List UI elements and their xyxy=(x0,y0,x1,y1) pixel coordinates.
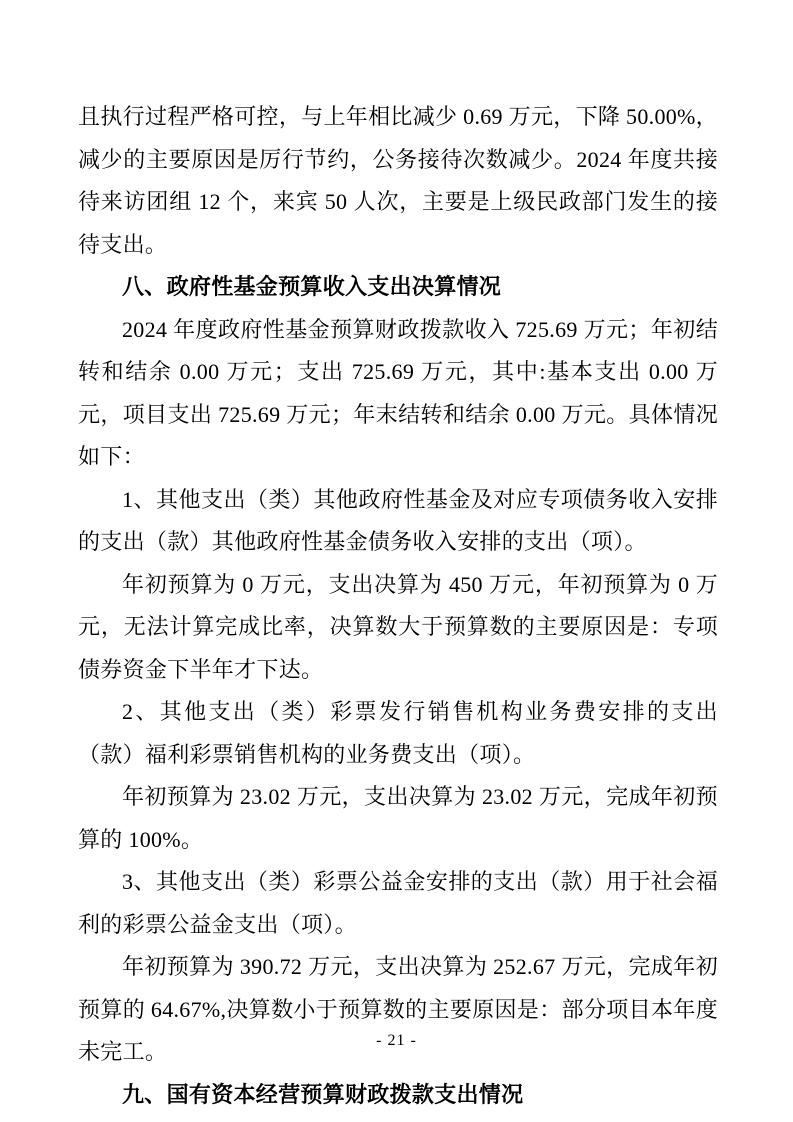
section-heading-government-fund-budget: 八、政府性基金预算收入支出决算情况 xyxy=(78,266,718,309)
document-body: 且执行过程严格可控，与上年相比减少 0.69 万元，下降 50.00%，减少的主… xyxy=(78,96,718,1116)
paragraph-item-2-title: 2、其他支出（类）彩票发行销售机构业务费安排的支出（款）福利彩票销售机构的业务费… xyxy=(78,691,718,776)
section-heading-state-capital-budget: 九、国有资本经营预算财政拨款支出情况 xyxy=(78,1074,718,1117)
paragraph-item-1-detail: 年初预算为 0 万元，支出决算为 450 万元，年初预算为 0 万元，无法计算完… xyxy=(78,564,718,692)
paragraph-item-2-detail: 年初预算为 23.02 万元，支出决算为 23.02 万元，完成年初预算的 10… xyxy=(78,776,718,861)
document-page: 且执行过程严格可控，与上年相比减少 0.69 万元，下降 50.00%，减少的主… xyxy=(0,0,793,1122)
page-number: - 21 - xyxy=(0,1032,793,1050)
paragraph-item-3-detail: 年初预算为 390.72 万元，支出决算为 252.67 万元，完成年初预算的 … xyxy=(78,946,718,1074)
paragraph-item-3-title: 3、其他支出（类）彩票公益金安排的支出（款）用于社会福利的彩票公益金支出（项）。 xyxy=(78,861,718,946)
paragraph-official-reception: 且执行过程严格可控，与上年相比减少 0.69 万元，下降 50.00%，减少的主… xyxy=(78,96,718,266)
paragraph-fund-budget-summary: 2024 年度政府性基金预算财政拨款收入 725.69 万元；年初结转和结余 0… xyxy=(78,309,718,479)
paragraph-item-1-title: 1、其他支出（类）其他政府性基金及对应专项债务收入安排的支出（款）其他政府性基金… xyxy=(78,479,718,564)
